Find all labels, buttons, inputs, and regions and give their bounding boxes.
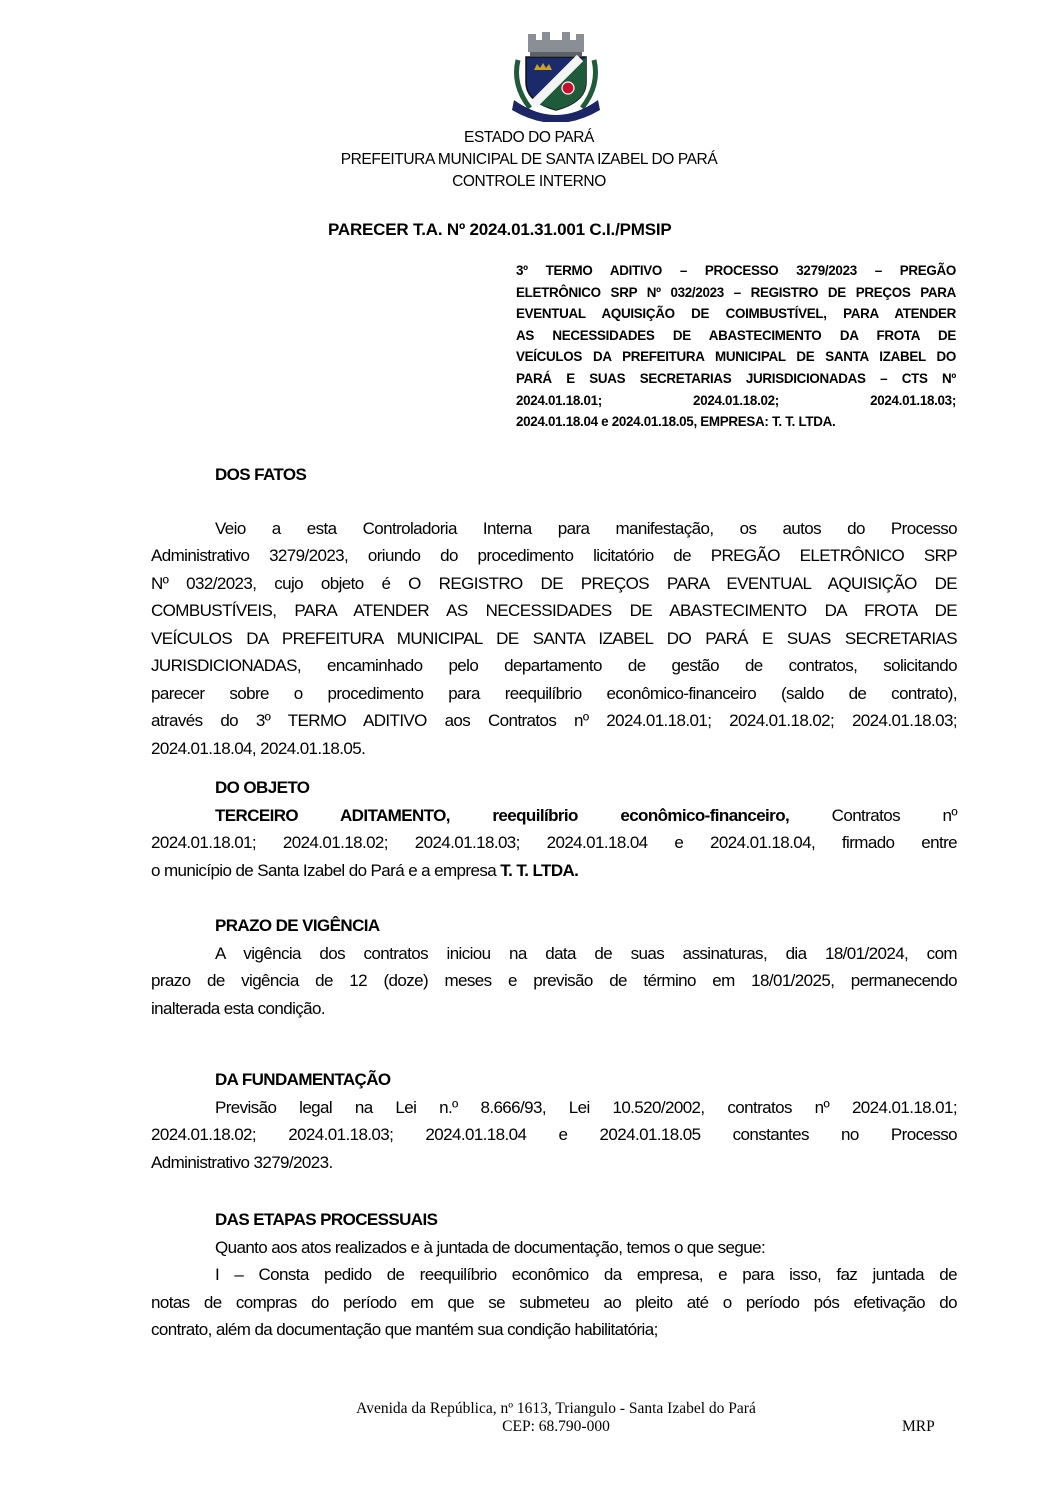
section-etapas: DAS ETAPAS PROCESSUAIS Quanto aos atos r… <box>151 1206 957 1344</box>
footer-address: Avenida da República, nº 1613, Triangulo… <box>326 1400 786 1436</box>
paragraph-line: Administrativo 3279/2023, oriundo do pro… <box>151 542 957 570</box>
paragraph-line: 2024.01.18.04, 2024.01.18.05. <box>151 735 957 763</box>
section-objeto: DO OBJETO TERCEIRO ADITAMENTO, reequilíb… <box>151 774 957 884</box>
section-heading: DO OBJETO <box>151 774 957 802</box>
ementa-line: EVENTUAL AQUISIÇÃO DE COIMBUSTÍVEL, PARA… <box>516 303 956 325</box>
paragraph-line: 2024.01.18.02; 2024.01.18.03; 2024.01.18… <box>151 1121 957 1149</box>
paragraph-line: Previsão legal na Lei n.º 8.666/93, Lei … <box>151 1094 957 1122</box>
bold-term: reequilíbrio econômico-financeiro, <box>492 806 789 825</box>
paragraph-line: TERCEIRO ADITAMENTO, reequilíbrio econôm… <box>151 802 957 830</box>
bold-term: TERCEIRO ADITAMENTO, <box>215 806 450 825</box>
ementa-line: 2024.01.18.04 e 2024.01.18.05, EMPRESA: … <box>516 411 956 433</box>
section-fundamentacao: DA FUNDAMENTAÇÃO Previsão legal na Lei n… <box>151 1066 957 1176</box>
paragraph-line: através do 3º TERMO ADITIVO aos Contrato… <box>151 707 957 735</box>
paragraph-line: Quanto aos atos realizados e à juntada d… <box>151 1234 957 1262</box>
paragraph-line: o município de Santa Izabel do Pará e a … <box>151 857 957 885</box>
paragraph-line: Nº 032/2023, cujo objeto é O REGISTRO DE… <box>151 570 957 598</box>
paragraph-line: VEÍCULOS DA PREFEITURA MUNICIPAL DE SANT… <box>151 625 957 653</box>
paragraph-line: contrato, além da documentação que manté… <box>151 1316 957 1344</box>
section-fatos: DOS FATOS Veio a esta Controladoria Inte… <box>151 461 957 762</box>
ementa-line: VEÍCULOS DA PREFEITURA MUNICIPAL DE SANT… <box>516 346 956 368</box>
text-fragment: Contratos nº <box>832 806 957 825</box>
document-page: ESTADO DO PARÁ PREFEITURA MUNICIPAL DE S… <box>0 0 1058 1497</box>
section-heading: DAS ETAPAS PROCESSUAIS <box>151 1206 957 1234</box>
ementa-line: AS NECESSIDADES DE ABASTECIMENTO DA FROT… <box>516 325 956 347</box>
paragraph-line: 2024.01.18.01; 2024.01.18.02; 2024.01.18… <box>151 829 957 857</box>
municipal-crest-icon <box>508 30 604 122</box>
address-line: Avenida da República, nº 1613, Triangulo… <box>326 1400 786 1418</box>
paragraph-line: I – Consta pedido de reequilíbrio econôm… <box>151 1261 957 1289</box>
paragraph-line: COMBUSTÍVEIS, PARA ATENDER AS NECESSIDAD… <box>151 597 957 625</box>
paragraph-line: Administrativo 3279/2023. <box>151 1149 957 1177</box>
ementa-block: 3º TERMO ADITIVO – PROCESSO 3279/2023 – … <box>516 260 956 433</box>
paragraph-line: Veio a esta Controladoria Interna para m… <box>151 515 957 543</box>
ementa-line: PARÁ E SUAS SECRETARIAS JURISDICIONADAS … <box>516 368 956 390</box>
header-state: ESTADO DO PARÁ <box>0 129 1058 147</box>
paragraph-line: notas de compras do período em que se su… <box>151 1289 957 1317</box>
author-initials: MRP <box>902 1418 935 1436</box>
paragraph-line: inalterada esta condição. <box>151 995 957 1023</box>
company-name: T. T. LTDA. <box>500 861 578 880</box>
text-fragment: o município de Santa Izabel do Pará e a … <box>151 861 500 880</box>
document-title: PARECER T.A. Nº 2024.01.31.001 C.I./PMSI… <box>328 220 672 240</box>
header-department: CONTROLE INTERNO <box>0 173 1058 191</box>
ementa-line: 3º TERMO ADITIVO – PROCESSO 3279/2023 – … <box>516 260 956 282</box>
paragraph-line: JURISDICIONADAS, encaminhado pelo depart… <box>151 652 957 680</box>
header-prefeitura: PREFEITURA MUNICIPAL DE SANTA IZABEL DO … <box>0 151 1058 169</box>
ementa-line: 2024.01.18.01; 2024.01.18.02; 2024.01.18… <box>516 390 956 412</box>
section-heading: PRAZO DE VIGÊNCIA <box>151 912 957 940</box>
paragraph-line: prazo de vigência de 12 (doze) meses e p… <box>151 967 957 995</box>
paragraph-line: A vigência dos contratos iniciou na data… <box>151 940 957 968</box>
section-heading: DA FUNDAMENTAÇÃO <box>151 1066 957 1094</box>
section-prazo: PRAZO DE VIGÊNCIA A vigência dos contrat… <box>151 912 957 1022</box>
section-heading: DOS FATOS <box>151 461 957 489</box>
ementa-line: ELETRÔNICO SRP Nº 032/2023 – REGISTRO DE… <box>516 282 956 304</box>
paragraph-line: parecer sobre o procedimento para reequi… <box>151 680 957 708</box>
cep-line: CEP: 68.790-000 <box>326 1418 786 1436</box>
